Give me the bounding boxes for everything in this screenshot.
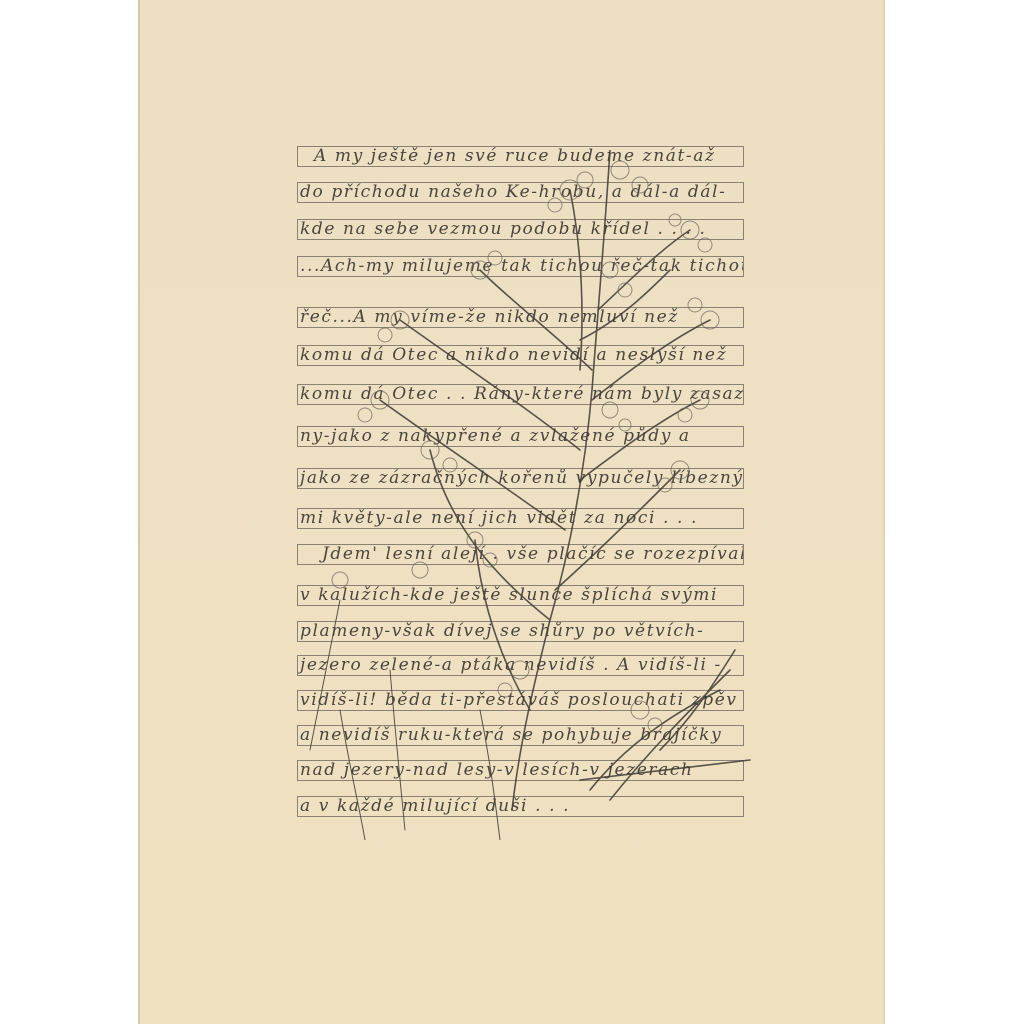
poem-line-11: Jdem' lesní alejí . vše plačíc se rozezp… bbox=[297, 544, 744, 565]
poem-line-7: komu dá Otec . . Rány-které nám byly zas… bbox=[297, 384, 744, 405]
poem-line-18: a v každé milující duši . . . bbox=[297, 796, 744, 817]
poem-line-8: ny-jako z nakypřené a zvlažené půdy a bbox=[297, 426, 744, 447]
poem-line-17: nad jezery-nad lesy-v lesích-v jezerach bbox=[297, 760, 744, 781]
poem-line-6: komu dá Otec a nikdo nevidí a neslyší ne… bbox=[297, 345, 744, 366]
poem-line-1: A my ještě jen své ruce budeme znát-až bbox=[297, 146, 744, 167]
poem-line-16: a nevidíš ruku-která se pohybuje brajíčk… bbox=[297, 725, 744, 746]
poem-line-10: mi květy-ale není jich vidět za noci . .… bbox=[297, 508, 744, 529]
poem-line-3: kde na sebe vezmou podobu křídel . . . . bbox=[297, 219, 744, 240]
poem-line-4: ...Ach-my milujeme tak tichou řeč-tak ti… bbox=[297, 256, 744, 277]
poem-line-9: jako ze zázračných kořenů vypučely líbez… bbox=[297, 468, 744, 489]
poem-line-5: řeč...A my víme-že nikdo nemluví než bbox=[297, 307, 744, 328]
poem-line-12: v kalužích-kde ještě slunce šplíchá svým… bbox=[297, 585, 744, 606]
poem-line-13: plameny-však dívej se shůry po větvích- bbox=[297, 621, 744, 642]
poem-line-14: jezero zelené-a ptáka nevidíš . A vidíš-… bbox=[297, 655, 744, 676]
poem-line-2: do příchodu našeho Ke-hrobu, a dál-a dál… bbox=[297, 182, 744, 203]
poem-line-15: vidíš-li! běda ti-přestáváš poslouchati … bbox=[297, 690, 744, 711]
